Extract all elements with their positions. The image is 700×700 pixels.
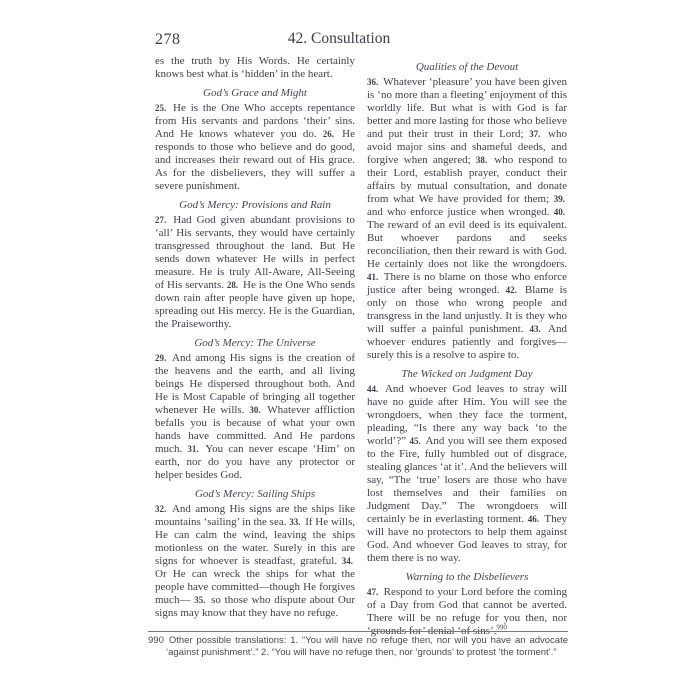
section-heading: God’s Mercy: Sailing Ships xyxy=(155,488,355,501)
verse-number: 46. xyxy=(528,514,539,524)
section-heading: Qualities of the Devout xyxy=(367,61,567,74)
verse-number: 37. xyxy=(529,129,540,139)
verse-number: 35. xyxy=(194,595,205,605)
verse-paragraph: 32. And among His signs are the ships li… xyxy=(155,503,355,620)
verse-paragraph: 25. He is the One Who accepts repentance… xyxy=(155,102,355,193)
verse-paragraph: 44. And whoever God leaves to stray will… xyxy=(367,383,567,565)
verse-number: 32. xyxy=(155,504,166,514)
verse-number: 26. xyxy=(323,129,334,139)
verse-number: 36. xyxy=(367,77,378,87)
verse-text: Respond to your Lord before the coming o… xyxy=(367,586,567,637)
verse-number: 42. xyxy=(506,285,517,295)
section-heading: Warning to the Disbelievers xyxy=(367,571,567,584)
verse-number: 45. xyxy=(409,436,420,446)
verse-paragraph: es the truth by His Words. He certainly … xyxy=(155,55,355,81)
verse-number: 31. xyxy=(187,444,198,454)
verse-paragraph: 27. Had God given abundant provisions to… xyxy=(155,214,355,331)
footnote: 990Other possible translations: 1. “You … xyxy=(148,631,568,659)
verse-text: and who enforce justice when wronged. xyxy=(367,206,554,218)
text-columns: es the truth by His Words. He certainly … xyxy=(155,55,567,638)
footnote-paragraph: 990Other possible translations: 1. “You … xyxy=(148,635,568,659)
chapter-title: 42. Consultation xyxy=(155,30,565,48)
verse-number: 38. xyxy=(476,155,487,165)
verse-text: es the truth by His Words. He certainly … xyxy=(155,55,355,80)
verse-number: 29. xyxy=(155,353,166,363)
verse-text: And you will see them exposed to the Fir… xyxy=(367,435,567,525)
footnote-text: Other possible translations: 1. “You wil… xyxy=(166,635,568,658)
verse-paragraph: 29. And among His signs is the creation … xyxy=(155,352,355,482)
footnote-number: 990 xyxy=(148,635,164,646)
section-heading: God’s Grace and Might xyxy=(155,87,355,100)
book-page: 278 42. Consultation es the truth by His… xyxy=(0,0,700,700)
verse-text: The reward of an evil deed is its equiva… xyxy=(367,219,567,270)
page-number: 278 xyxy=(155,31,181,49)
verse-number: 25. xyxy=(155,103,166,113)
verse-number: 47. xyxy=(367,587,378,597)
verse-number: 33. xyxy=(289,517,300,527)
section-heading: The Wicked on Judgment Day xyxy=(367,368,567,381)
verse-number: 39. xyxy=(554,194,565,204)
verse-number: 43. xyxy=(529,324,540,334)
verse-number: 34. xyxy=(342,556,353,566)
verse-number: 28. xyxy=(227,280,238,290)
right-column: Qualities of the Devout36. Whatever ‘ple… xyxy=(367,55,567,638)
left-column: es the truth by His Words. He certainly … xyxy=(155,55,355,638)
verse-number: 40. xyxy=(554,207,565,217)
verse-number: 30. xyxy=(249,405,260,415)
verse-number: 41. xyxy=(367,272,378,282)
verse-paragraph: 36. Whatever ‘pleasure’ you have been gi… xyxy=(367,76,567,362)
section-heading: God’s Mercy: The Universe xyxy=(155,337,355,350)
verse-number: 44. xyxy=(367,384,378,394)
page-header: 278 42. Consultation xyxy=(155,30,565,52)
section-heading: God’s Mercy: Provisions and Rain xyxy=(155,199,355,212)
verse-number: 27. xyxy=(155,215,166,225)
